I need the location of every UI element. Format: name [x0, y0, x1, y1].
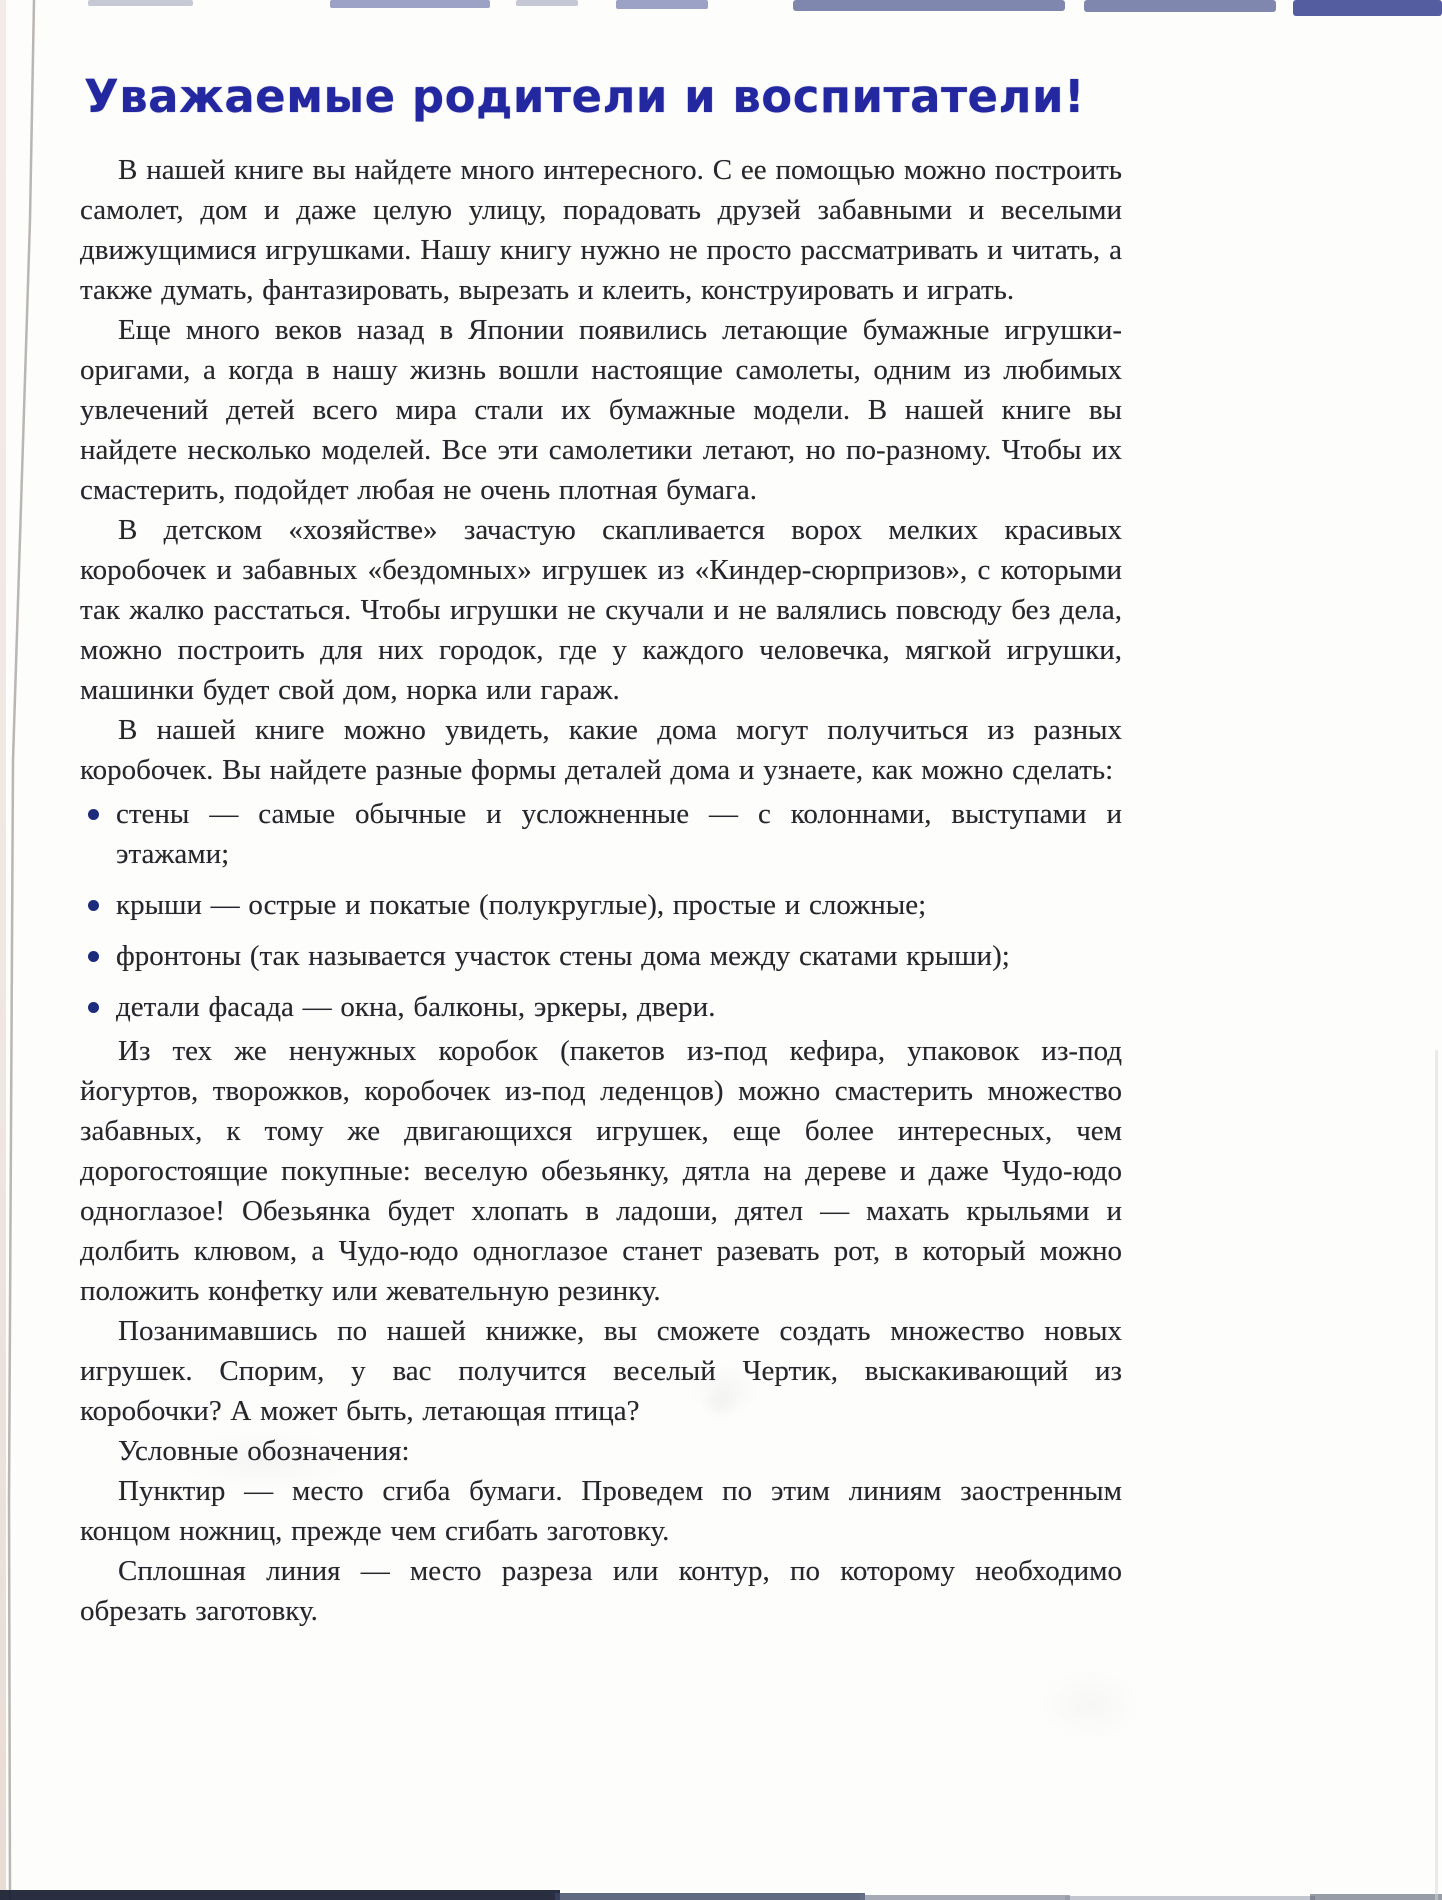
paragraph: Сплошная линия — место разреза или конту… — [80, 1551, 1122, 1631]
list-item: фронтоны (так называется участок стены д… — [86, 936, 1122, 976]
bullet-icon — [88, 900, 99, 911]
paragraph: В нашей книге можно увидеть, какие дома … — [80, 710, 1122, 790]
scan-bleedthrough-smudge — [1040, 1670, 1140, 1740]
body-text: В нашей книге вы найдете много интересно… — [80, 150, 1122, 1631]
paragraph: Условные обозначения: — [80, 1431, 1122, 1471]
page-heading: Уважаемые родители и воспитатели! — [84, 70, 1122, 124]
list-item-text: крыши — острые и покатые (полукруглые), … — [116, 889, 926, 921]
list-item-text: стены — самые обычные и усложненные — с … — [116, 798, 1122, 870]
list-item-text: фронтоны (так называется участок стены д… — [116, 940, 1010, 972]
bullet-icon — [88, 809, 99, 820]
scan-left-warm-strip — [0, 0, 6, 1900]
scan-right-edge-line — [1435, 1050, 1438, 1900]
feature-list: стены — самые обычные и усложненные — с … — [80, 794, 1122, 1027]
list-item: детали фасада — окна, балконы, эркеры, д… — [86, 987, 1122, 1027]
scan-left-edge-line — [0, 0, 50, 1900]
page-content: Уважаемые родители и воспитатели! В наше… — [80, 0, 1122, 1631]
bullet-icon — [88, 951, 99, 962]
list-item: крыши — острые и покатые (полукруглые), … — [86, 885, 1122, 925]
scan-torn-bottom-edge — [0, 1886, 1442, 1900]
list-item: стены — самые обычные и усложненные — с … — [86, 794, 1122, 874]
paragraph: В детском «хозяйстве» зачастую скапливае… — [80, 510, 1122, 710]
paragraph: Из тех же ненужных коробок (пакетов из-п… — [80, 1031, 1122, 1311]
list-item-text: детали фасада — окна, балконы, эркеры, д… — [116, 991, 715, 1023]
paragraph: Пунктир — место сгиба бумаги. Проведем п… — [80, 1471, 1122, 1551]
paragraph: Позанимавшись по нашей книжке, вы сможет… — [80, 1311, 1122, 1431]
bullet-icon — [88, 1002, 99, 1013]
book-page: Уважаемые родители и воспитатели! В наше… — [0, 0, 1442, 1900]
paragraph: Еще много веков назад в Японии появились… — [80, 310, 1122, 510]
paragraph: В нашей книге вы найдете много интересно… — [80, 150, 1122, 310]
